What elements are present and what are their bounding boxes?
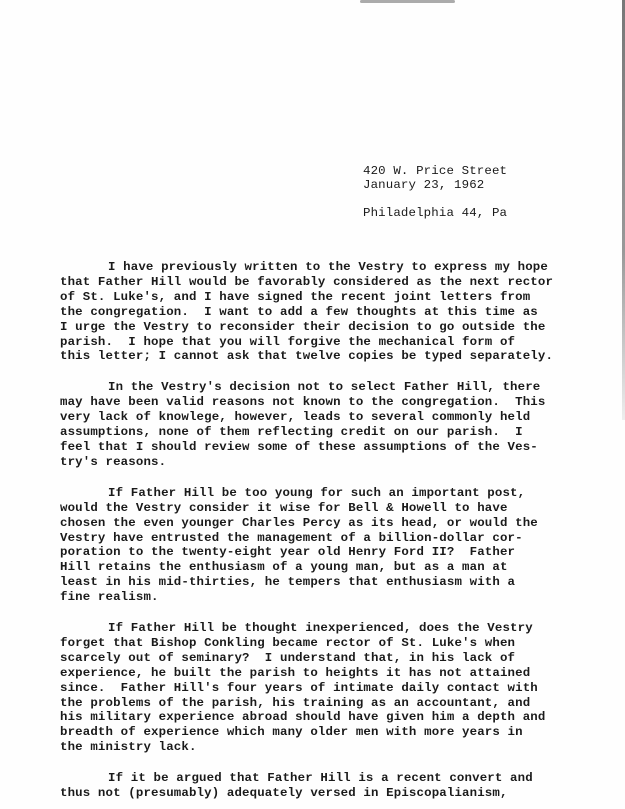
scan-smudge <box>360 0 455 3</box>
text-line: may have been valid reasons not known to… <box>60 395 600 410</box>
text-line: try's reasons. <box>60 455 600 470</box>
text-line: that Father Hill would be favorably cons… <box>60 275 600 290</box>
address-city: Philadelphia 44, Pa <box>363 206 507 220</box>
text-line: scarcely out of seminary? I understand t… <box>60 651 600 666</box>
text-line: the problems of the parish, his training… <box>60 696 600 711</box>
text-line: since. Father Hill's four years of intim… <box>60 681 600 696</box>
text-line: would the Vestry consider it wise for Be… <box>60 501 600 516</box>
text-line: If Father Hill be thought inexperienced,… <box>60 621 600 636</box>
text-line: Hill retains the enthusiasm of a young m… <box>60 560 600 575</box>
text-line: Vestry have entrusted the management of … <box>60 531 600 546</box>
paragraph: I have previously written to the Vestry … <box>60 260 600 364</box>
text-line: I urge the Vestry to reconsider their de… <box>60 320 600 335</box>
address-street: 420 W. Price Street <box>363 164 507 178</box>
text-line: very lack of knowlege, however, leads to… <box>60 410 600 425</box>
text-line: least in his mid-thirties, he tempers th… <box>60 575 600 590</box>
text-line: experience, he built the parish to heigh… <box>60 666 600 681</box>
text-line: feel that I should review some of these … <box>60 440 600 455</box>
text-line: assumptions, none of them reflecting cre… <box>60 425 600 440</box>
text-line: of St. Luke's, and I have signed the rec… <box>60 290 600 305</box>
text-line: thus not (presumably) adequately versed … <box>60 786 600 801</box>
paragraph: If Father Hill be too young for such an … <box>60 486 600 605</box>
text-line: the ministry lack. <box>60 740 600 755</box>
text-line: the congregation. I want to add a few th… <box>60 305 600 320</box>
letter-body: I have previously written to the Vestry … <box>60 260 600 809</box>
paragraph: If Father Hill be thought inexperienced,… <box>60 621 600 755</box>
paragraph: If it be argued that Father Hill is a re… <box>60 771 600 801</box>
paragraph: In the Vestry's decision not to select F… <box>60 380 600 469</box>
text-line: chosen the even younger Charles Percy as… <box>60 516 600 531</box>
text-line: his military experience abroad should ha… <box>60 710 600 725</box>
text-line: In the Vestry's decision not to select F… <box>60 380 600 395</box>
text-line: If Father Hill be too young for such an … <box>60 486 600 501</box>
text-line: forget that Bishop Conkling became recto… <box>60 636 600 651</box>
text-line: If it be argued that Father Hill is a re… <box>60 771 600 786</box>
text-line: parish. I hope that you will forgive the… <box>60 335 600 350</box>
letter-date: January 23, 1962 <box>363 178 484 192</box>
text-line: poration to the twenty-eight year old He… <box>60 545 600 560</box>
text-line: breadth of experience which many older m… <box>60 725 600 740</box>
text-line: this letter; I cannot ask that twelve co… <box>60 349 600 364</box>
text-line: I have previously written to the Vestry … <box>60 260 600 275</box>
letter-page: 420 W. Price Street Philadelphia 44, Pa … <box>0 0 625 809</box>
text-line: fine realism. <box>60 590 600 605</box>
sender-address: 420 W. Price Street Philadelphia 44, Pa <box>363 136 507 248</box>
